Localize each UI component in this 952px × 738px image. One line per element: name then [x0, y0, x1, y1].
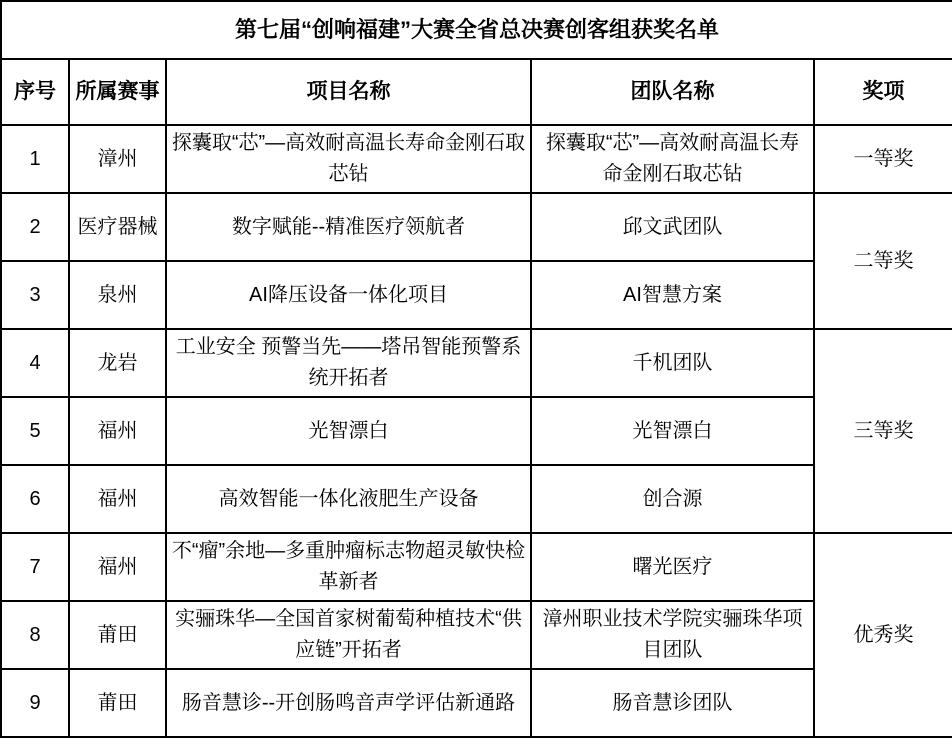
- table-row: 3 泉州 AI降压设备一体化项目 AI智慧方案: [1, 261, 952, 329]
- cell-project: 实骊珠华—全国首家树葡萄种植技术“供应链”开拓者: [166, 601, 531, 669]
- cell-event: 龙岩: [69, 329, 166, 397]
- cell-event: 福州: [69, 533, 166, 601]
- cell-project: 不“瘤”余地—多重肿瘤标志物超灵敏快检革新者: [166, 533, 531, 601]
- award-table: 第七届“创响福建”大赛全省总决赛创客组获奖名单 序号 所属赛事 项目名称 团队名…: [0, 0, 952, 738]
- cell-project: 探囊取“芯”—高效耐高温长寿命金刚石取芯钻: [166, 125, 531, 193]
- award-cell-first-prize: 一等奖: [814, 125, 952, 193]
- table-row: 5 福州 光智漂白 光智漂白: [1, 397, 952, 465]
- cell-team: 光智漂白: [531, 397, 814, 465]
- cell-project: 高效智能一体化液肥生产设备: [166, 465, 531, 533]
- cell-event: 医疗器械: [69, 193, 166, 261]
- cell-team: AI智慧方案: [531, 261, 814, 329]
- cell-event: 福州: [69, 397, 166, 465]
- table-row: 1 漳州 探囊取“芯”—高效耐高温长寿命金刚石取芯钻 探囊取“芯”—高效耐高温长…: [1, 125, 952, 193]
- cell-project: 肠音慧诊--开创肠鸣音声学评估新通路: [166, 669, 531, 737]
- table-row: 6 福州 高效智能一体化液肥生产设备 创合源: [1, 465, 952, 533]
- cell-no: 4: [1, 329, 69, 397]
- table-header-row: 序号 所属赛事 项目名称 团队名称 奖项: [1, 59, 952, 125]
- header-event: 所属赛事: [69, 59, 166, 125]
- cell-no: 1: [1, 125, 69, 193]
- cell-event: 福州: [69, 465, 166, 533]
- cell-team: 漳州职业技术学院实骊珠华项目团队: [531, 601, 814, 669]
- cell-project: 数字赋能--精准医疗领航者: [166, 193, 531, 261]
- cell-event: 漳州: [69, 125, 166, 193]
- award-cell-second-prize: 二等奖: [814, 193, 952, 329]
- award-cell-third-prize: 三等奖: [814, 329, 952, 533]
- award-list-document: 第七届“创响福建”大赛全省总决赛创客组获奖名单 序号 所属赛事 项目名称 团队名…: [0, 0, 952, 721]
- cell-event: 莆田: [69, 669, 166, 737]
- header-no: 序号: [1, 59, 69, 125]
- cell-no: 5: [1, 397, 69, 465]
- header-team: 团队名称: [531, 59, 814, 125]
- table-row: 9 莆田 肠音慧诊--开创肠鸣音声学评估新通路 肠音慧诊团队: [1, 669, 952, 737]
- cell-no: 6: [1, 465, 69, 533]
- page-title: 第七届“创响福建”大赛全省总决赛创客组获奖名单: [1, 1, 952, 59]
- cell-project: 工业安全 预警当先——塔吊智能预警系统开拓者: [166, 329, 531, 397]
- cell-team: 创合源: [531, 465, 814, 533]
- cell-event: 莆田: [69, 601, 166, 669]
- cell-project: 光智漂白: [166, 397, 531, 465]
- cell-project: AI降压设备一体化项目: [166, 261, 531, 329]
- cell-team: 肠音慧诊团队: [531, 669, 814, 737]
- cell-team: 曙光医疗: [531, 533, 814, 601]
- table-row: 4 龙岩 工业安全 预警当先——塔吊智能预警系统开拓者 千机团队 三等奖: [1, 329, 952, 397]
- cell-team: 邱文武团队: [531, 193, 814, 261]
- header-award: 奖项: [814, 59, 952, 125]
- cell-no: 2: [1, 193, 69, 261]
- cell-team: 千机团队: [531, 329, 814, 397]
- header-project: 项目名称: [166, 59, 531, 125]
- table-row: 8 莆田 实骊珠华—全国首家树葡萄种植技术“供应链”开拓者 漳州职业技术学院实骊…: [1, 601, 952, 669]
- cell-event: 泉州: [69, 261, 166, 329]
- table-row: 2 医疗器械 数字赋能--精准医疗领航者 邱文武团队 二等奖: [1, 193, 952, 261]
- cell-team: 探囊取“芯”—高效耐高温长寿命金刚石取芯钻: [531, 125, 814, 193]
- award-cell-excellence-prize: 优秀奖: [814, 533, 952, 737]
- table-title-row: 第七届“创响福建”大赛全省总决赛创客组获奖名单: [1, 1, 952, 59]
- table-row: 7 福州 不“瘤”余地—多重肿瘤标志物超灵敏快检革新者 曙光医疗 优秀奖: [1, 533, 952, 601]
- cell-no: 3: [1, 261, 69, 329]
- cell-no: 9: [1, 669, 69, 737]
- cell-no: 8: [1, 601, 69, 669]
- cell-no: 7: [1, 533, 69, 601]
